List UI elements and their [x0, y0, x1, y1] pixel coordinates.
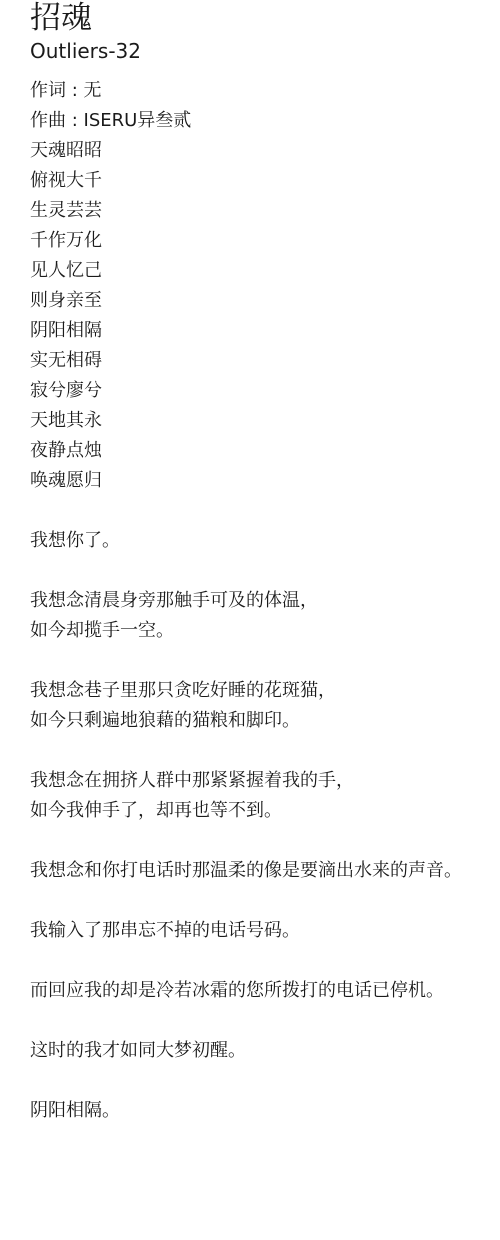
- lyric-line: 见人忆己: [30, 256, 500, 286]
- lyric-line: [30, 496, 500, 526]
- lyric-line: [30, 946, 500, 976]
- lyric-line: 实无相碍: [30, 346, 500, 376]
- lyric-line: 我想你了。: [30, 526, 500, 556]
- lyric-line: 我想念在拥挤人群中那紧紧握着我的手，: [30, 766, 500, 796]
- lyric-line: [30, 556, 500, 586]
- lyric-line: 则身亲至: [30, 286, 500, 316]
- lyric-line: [30, 886, 500, 916]
- lyric-line: 天地其永: [30, 406, 500, 436]
- lyric-line: [30, 826, 500, 856]
- lyric-line: 俯视大千: [30, 166, 500, 196]
- artist-name: Outliers-32: [30, 38, 500, 64]
- lyric-line: 我想念和你打电话时那温柔的像是要滴出水来的声音。: [30, 856, 500, 886]
- lyric-line: [30, 646, 500, 676]
- lyric-line: 千作万化: [30, 226, 500, 256]
- lyric-line: [30, 736, 500, 766]
- lyric-line: 我想念巷子里那只贪吃好睡的花斑猫，: [30, 676, 500, 706]
- lyric-line: 作曲 : ISERU异叁贰: [30, 106, 500, 136]
- lyric-line: 寂兮廖兮: [30, 376, 500, 406]
- lyric-line: 阴阳相隔: [30, 316, 500, 346]
- lyric-line: 生灵芸芸: [30, 196, 500, 226]
- lyrics-body: 作词 : 无作曲 : ISERU异叁贰天魂昭昭俯视大千生灵芸芸千作万化见人忆己则…: [30, 76, 500, 1126]
- lyric-line: 而回应我的却是冷若冰霜的您所拨打的电话已停机。: [30, 976, 500, 1006]
- lyric-line: 如今只剩遍地狼藉的猫粮和脚印。: [30, 706, 500, 736]
- lyric-line: 阴阳相隔。: [30, 1096, 500, 1126]
- lyric-line: 天魂昭昭: [30, 136, 500, 166]
- lyric-line: 我想念清晨身旁那触手可及的体温，: [30, 586, 500, 616]
- song-title: 招魂: [30, 0, 500, 38]
- lyric-line: 唤魂愿归: [30, 466, 500, 496]
- lyric-line: [30, 1006, 500, 1036]
- lyric-line: 如今我伸手了，却再也等不到。: [30, 796, 500, 826]
- lyric-line: [30, 1066, 500, 1096]
- lyric-line: 夜静点烛: [30, 436, 500, 466]
- lyrics-page: 招魂 Outliers-32 作词 : 无作曲 : ISERU异叁贰天魂昭昭俯视…: [0, 0, 500, 1126]
- lyric-line: 如今却揽手一空。: [30, 616, 500, 646]
- lyric-line: 这时的我才如同大梦初醒。: [30, 1036, 500, 1066]
- lyric-line: 作词 : 无: [30, 76, 500, 106]
- lyric-line: 我输入了那串忘不掉的电话号码。: [30, 916, 500, 946]
